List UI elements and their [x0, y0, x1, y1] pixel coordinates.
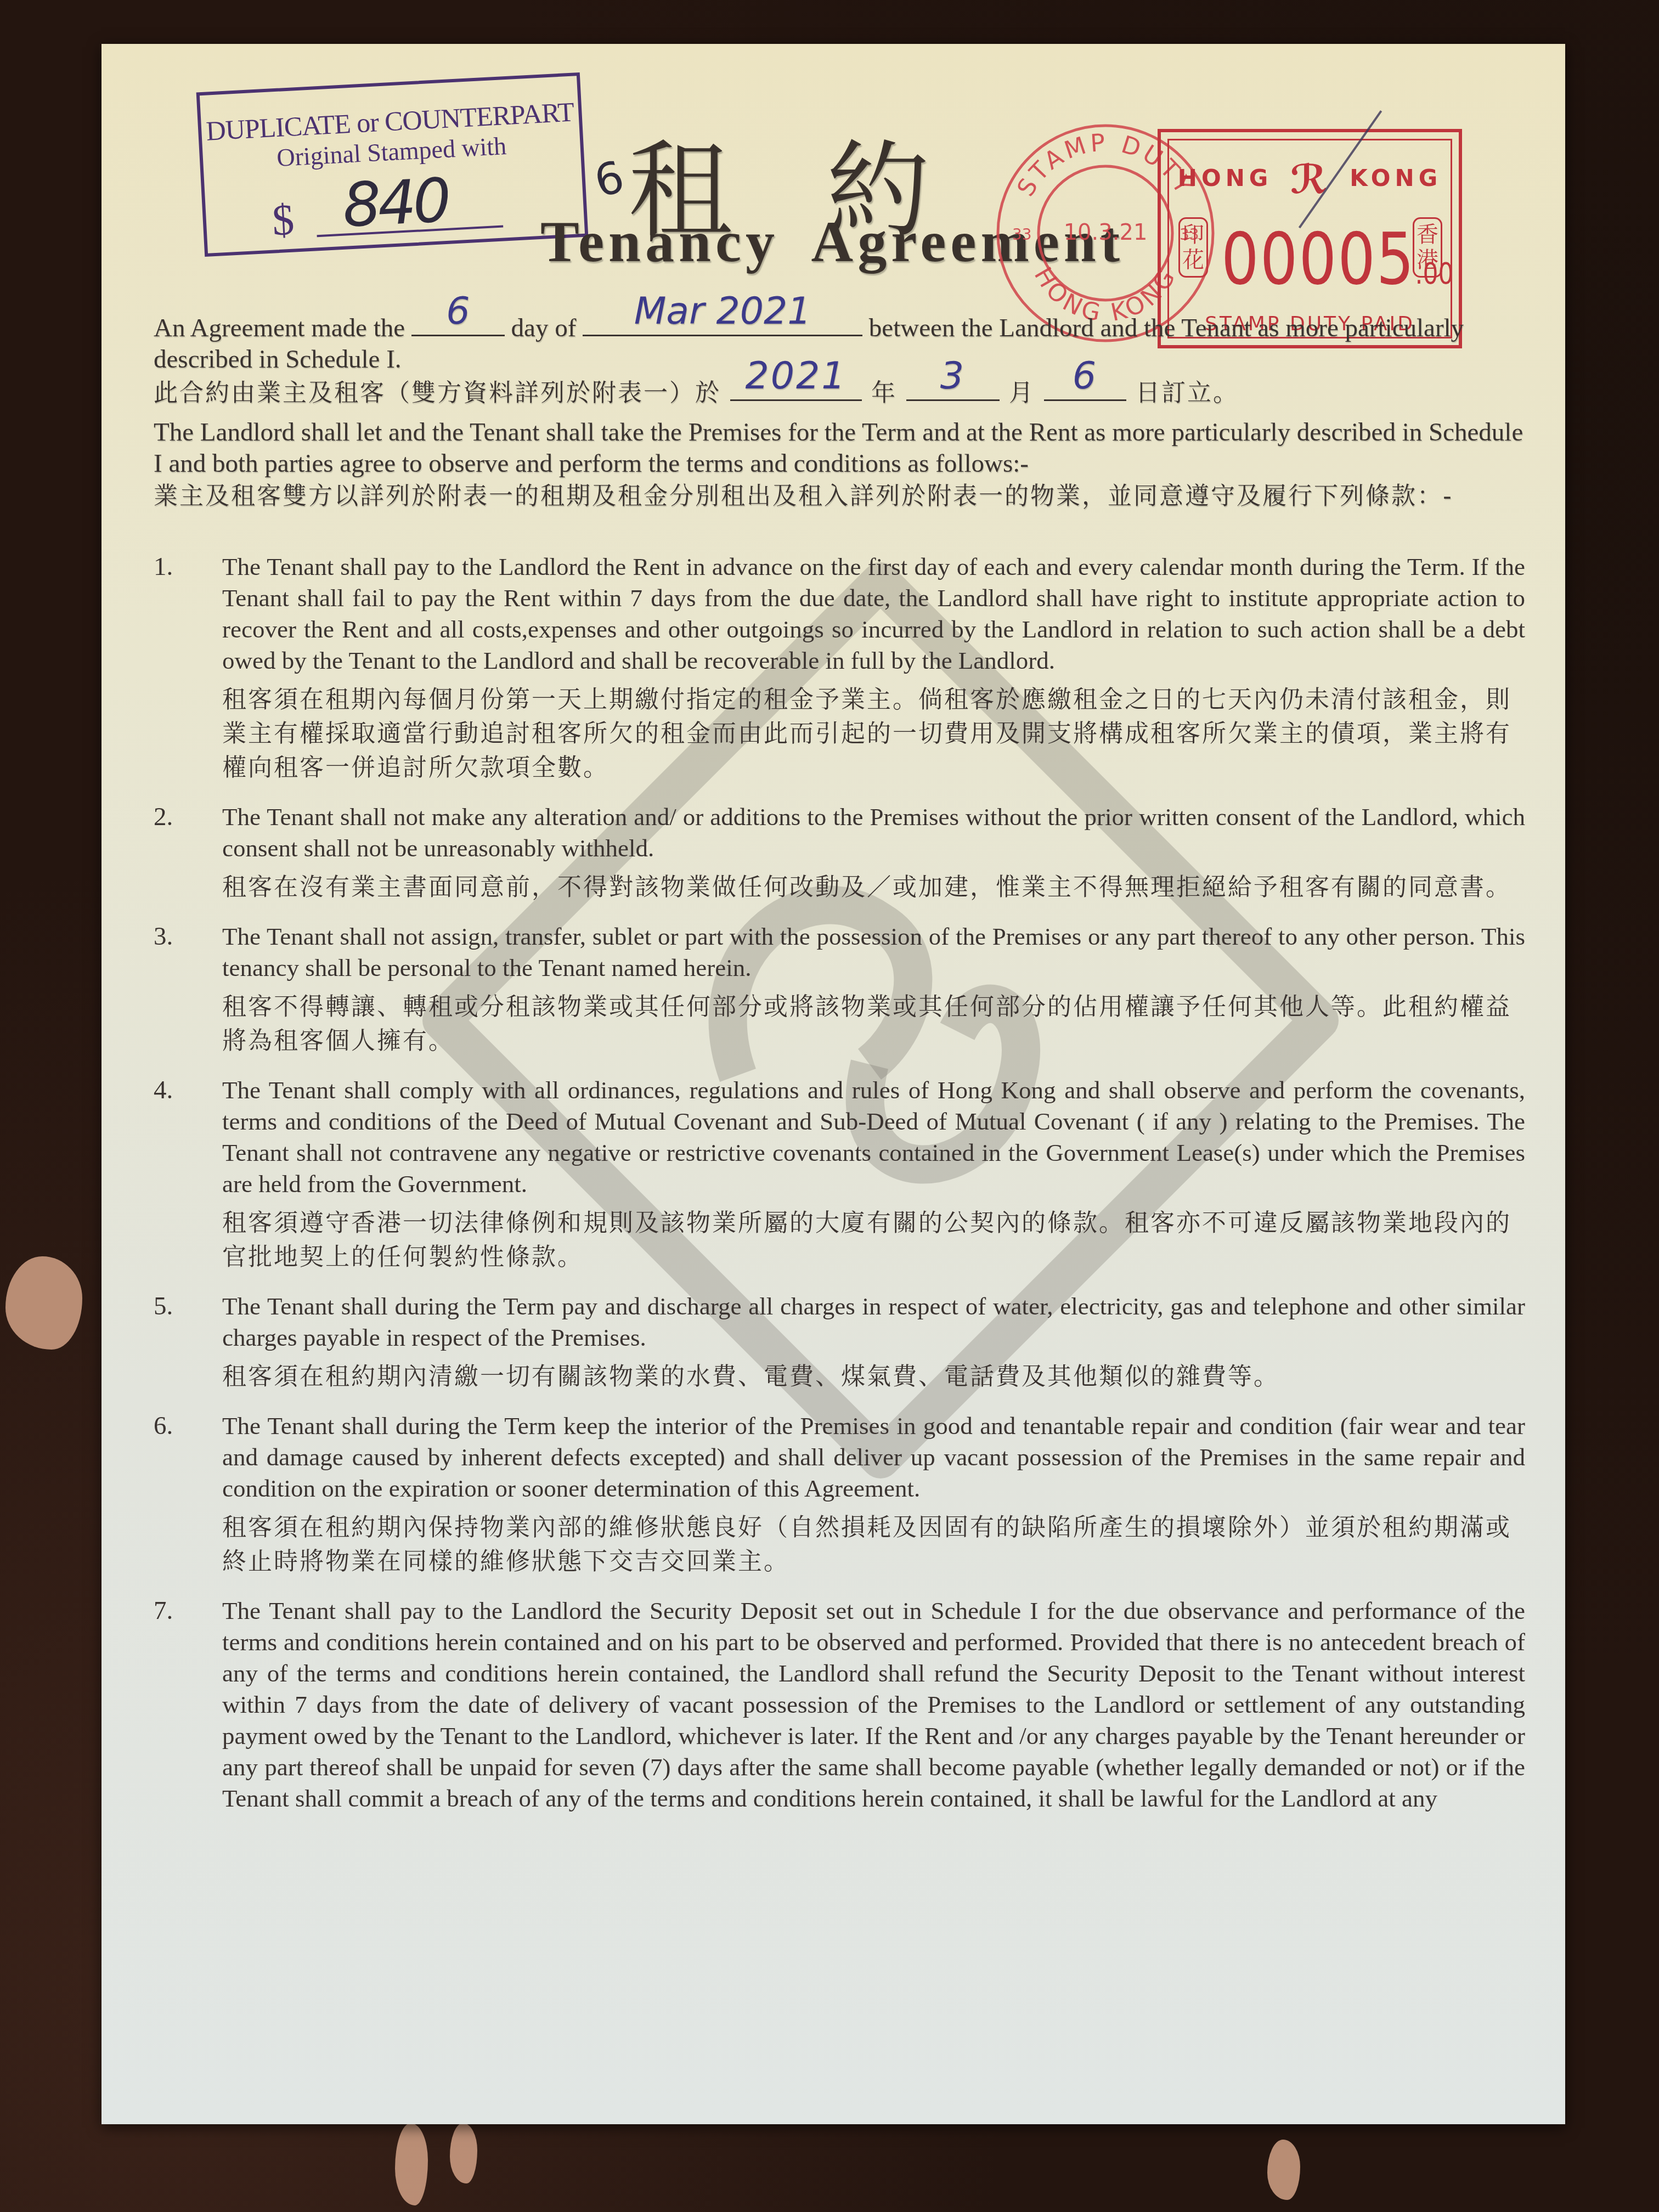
stamp-currency: $: [271, 195, 296, 246]
clause-6: 6.The Tenant shall during the Term keep …: [154, 1410, 1525, 1579]
stamp-amount-handwritten: 840: [341, 165, 449, 241]
clause-chinese: 租客不得轉讓、轉租或分租該物業或其任何部分或將該物業或其任何部分的佔用權讓予任何…: [222, 990, 1525, 1058]
clause-body: The Tenant shall not assign, transfer, s…: [222, 921, 1525, 1058]
background-blemish: [450, 2123, 477, 2183]
month-label-cn: 月: [1009, 379, 1035, 407]
clause-english: The Tenant shall pay to the Landlord the…: [222, 1595, 1525, 1814]
clause-number: 6.: [154, 1410, 222, 1579]
clause-number: 5.: [154, 1291, 222, 1394]
clause-5: 5.The Tenant shall during the Term pay a…: [154, 1291, 1525, 1394]
preamble: The Landlord shall let and the Tenant sh…: [154, 417, 1525, 513]
clause-chinese: 租客須在租約期內清繳一切有關該物業的水費、電費、煤氣費、電話費及其他類似的雜費等…: [222, 1360, 1525, 1394]
clause-english: The Tenant shall comply with all ordinan…: [222, 1075, 1525, 1200]
day-field-cn[interactable]: 6: [1044, 372, 1126, 401]
clause-number: 3.: [154, 921, 222, 1058]
tenancy-agreement-page: DUPLICATE or COUNTERPART Original Stampe…: [101, 44, 1565, 2124]
day-field[interactable]: 6: [411, 307, 505, 336]
clause-3: 3.The Tenant shall not assign, transfer,…: [154, 921, 1525, 1058]
meter-amount-value: 00005: [1221, 219, 1415, 301]
clause-body: The Tenant shall pay to the Landlord the…: [222, 1595, 1525, 1814]
clause-body: The Tenant shall during the Term keep th…: [222, 1410, 1525, 1579]
meter-side-right: 香港: [1413, 217, 1442, 278]
clause-chinese: 租客須在租約期內保持物業內部的維修狀態良好（自然損耗及因固有的缺陷所產生的損壞除…: [222, 1511, 1525, 1579]
clause-english: The Tenant shall during the Term pay and…: [222, 1291, 1525, 1353]
handwritten-side-mark: 6: [589, 151, 629, 207]
meter-header-left: HONG: [1178, 165, 1272, 191]
year-label-cn: 年: [871, 379, 897, 407]
clause-1: 1.The Tenant shall pay to the Landlord t…: [154, 551, 1525, 785]
clause-2: 2.The Tenant shall not make any alterati…: [154, 802, 1525, 905]
meter-header: HONG ℛ KONG: [1161, 156, 1459, 202]
preamble-english: The Landlord shall let and the Tenant sh…: [154, 417, 1525, 479]
intro-text-1: An Agreement made the: [154, 314, 405, 342]
clause-list: 1.The Tenant shall pay to the Landlord t…: [154, 551, 1525, 1831]
month-field-cn[interactable]: 3: [906, 372, 1000, 401]
background-blemish: [5, 1256, 82, 1350]
clause-4: 4.The Tenant shall comply with all ordin…: [154, 1075, 1525, 1274]
year-handwritten: 2021: [730, 358, 862, 395]
clause-english: The Tenant shall not make any alteration…: [222, 802, 1525, 864]
month-handwritten: 3: [906, 358, 1000, 395]
clause-english: The Tenant shall not assign, transfer, s…: [222, 921, 1525, 984]
year-field-cn[interactable]: 2021: [730, 372, 862, 401]
month-year-field[interactable]: Mar 2021: [583, 307, 862, 336]
background-blemish: [1267, 2140, 1300, 2200]
intro-chinese: 此合約由業主及租客（雙方資料詳列於附表一）於 2021 年 3 月 6 日訂立。: [154, 372, 1525, 410]
clause-body: The Tenant shall pay to the Landlord the…: [222, 551, 1525, 785]
title-english: Tenancy Agreement: [540, 208, 1124, 275]
clause-body: The Tenant shall comply with all ordinan…: [222, 1075, 1525, 1274]
clause-number: 4.: [154, 1075, 222, 1274]
clause-number: 2.: [154, 802, 222, 905]
intro-text-2: day of: [511, 314, 577, 342]
clause-number: 7.: [154, 1595, 222, 1814]
clause-english: The Tenant shall during the Term keep th…: [222, 1410, 1525, 1504]
month-year-handwritten: Mar 2021: [583, 293, 862, 330]
clause-body: The Tenant shall during the Term pay and…: [222, 1291, 1525, 1394]
clause-chinese: 租客須遵守香港一切法律條例和規則及該物業所屬的大廈有關的公契內的條款。租客亦不可…: [222, 1206, 1525, 1274]
clause-chinese: 租客須在租期內每個月份第一天上期繳付指定的租金予業主。倘租客於應繳租金之日的七天…: [222, 683, 1525, 785]
clause-chinese: 租客在沒有業主書面同意前，不得對該物業做任何改動及／或加建，惟業主不得無理拒絕給…: [222, 871, 1525, 905]
day-label-cn: 日訂立。: [1136, 379, 1239, 407]
clause-number: 1.: [154, 551, 222, 785]
duplicate-counterpart-stamp: DUPLICATE or COUNTERPART Original Stampe…: [196, 72, 589, 257]
day-handwritten: 6: [411, 293, 505, 330]
meter-side-left: 印花: [1178, 217, 1208, 278]
clause-english: The Tenant shall pay to the Landlord the…: [222, 551, 1525, 676]
intro-cn-text: 此合約由業主及租客（雙方資料詳列於附表一）於: [154, 379, 721, 407]
background-blemish: [395, 2123, 428, 2205]
preamble-chinese: 業主及租客雙方以詳列於附表一的租期及租金分別租出及租入詳列於附表一的物業，並同意…: [154, 479, 1525, 513]
crest-icon: ℛ: [1290, 156, 1332, 202]
clause-7: 7.The Tenant shall pay to the Landlord t…: [154, 1595, 1525, 1814]
clause-body: The Tenant shall not make any alteration…: [222, 802, 1525, 905]
day-handwritten-cn: 6: [1044, 358, 1126, 395]
meter-header-right: KONG: [1350, 165, 1442, 191]
